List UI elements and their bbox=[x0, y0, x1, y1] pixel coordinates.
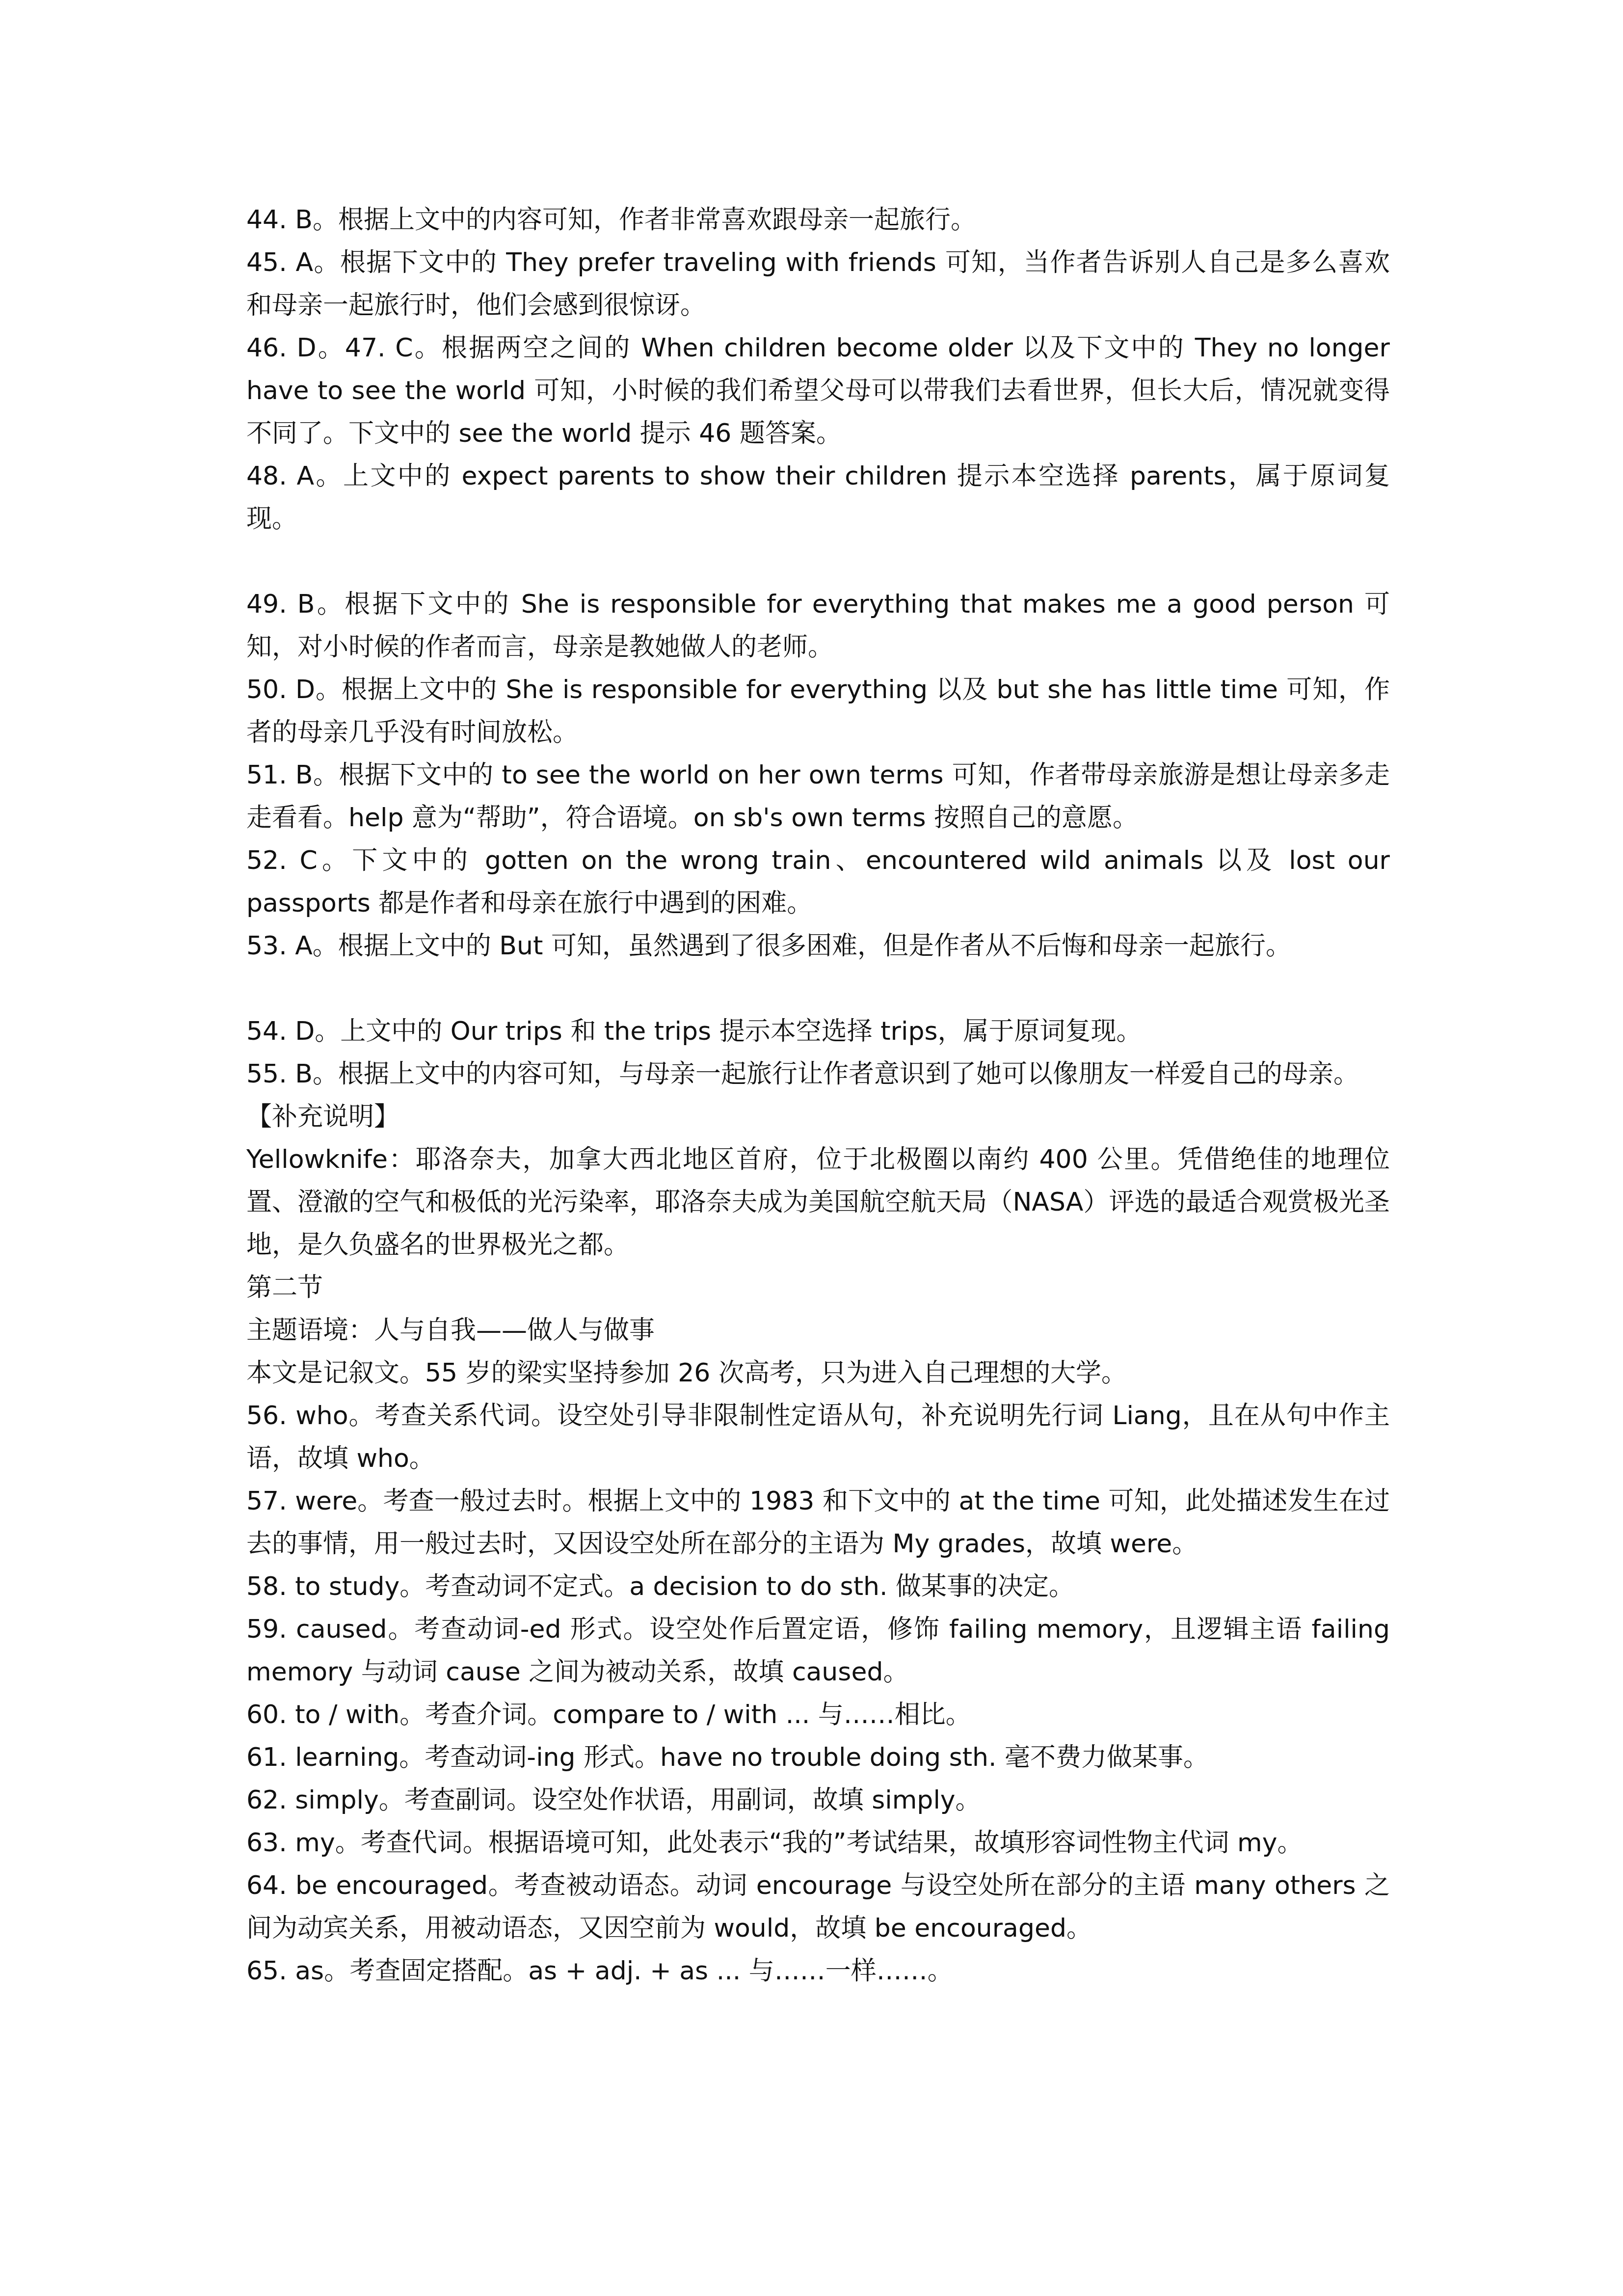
answer-53: 53. A。根据上文中的 But 可知，虽然遇到了很多困难，但是作者从不后悔和母… bbox=[246, 925, 1390, 968]
answer-51: 51. B。根据下文中的 to see the world on her own… bbox=[246, 754, 1390, 839]
answer-52: 52. C。下文中的 gotten on the wrong train、enc… bbox=[246, 839, 1390, 925]
supplement-yellowknife: Yellowknife：耶洛奈夫，加拿大西北地区首府，位于北极圈以南约 400 … bbox=[246, 1138, 1390, 1267]
answer-46-47: 46. D。47. C。根据两空之间的 When children become… bbox=[246, 327, 1390, 455]
answer-60: 60. to / with。考查介词。compare to / with ...… bbox=[246, 1694, 1390, 1736]
theme-context: 主题语境：人与自我——做人与做事 bbox=[246, 1309, 1390, 1352]
answer-63: 63. my。考查代词。根据语境可知，此处表示“我的”考试结果，故填形容词性物主… bbox=[246, 1822, 1390, 1864]
answer-64: 64. be encouraged。考查被动语态。动词 encourage 与设… bbox=[246, 1864, 1390, 1950]
answer-55: 55. B。根据上文中的内容可知，与母亲一起旅行让作者意识到了她可以像朋友一样爱… bbox=[246, 1053, 1390, 1096]
answer-62: 62. simply。考查副词。设空处作状语，用副词，故填 simply。 bbox=[246, 1779, 1390, 1822]
answer-49: 49. B。根据下文中的 She is responsible for ever… bbox=[246, 583, 1390, 669]
answer-59: 59. caused。考查动词-ed 形式。设空处作后置定语，修饰 failin… bbox=[246, 1608, 1390, 1694]
passage-summary: 本文是记叙文。55 岁的梁实坚持参加 26 次高考，只为进入自己理想的大学。 bbox=[246, 1352, 1390, 1395]
document-page: 44. B。根据上文中的内容可知，作者非常喜欢跟母亲一起旅行。 45. A。根据… bbox=[246, 199, 1390, 1993]
supplement-heading: 【补充说明】 bbox=[246, 1096, 1390, 1138]
answer-56: 56. who。考查关系代词。设空处引导非限制性定语从句，补充说明先行词 Lia… bbox=[246, 1395, 1390, 1480]
answer-61: 61. learning。考查动词-ing 形式。have no trouble… bbox=[246, 1736, 1390, 1779]
answer-58: 58. to study。考查动词不定式。a decision to do st… bbox=[246, 1566, 1390, 1608]
answer-50: 50. D。根据上文中的 She is responsible for ever… bbox=[246, 669, 1390, 754]
answer-57: 57. were。考查一般过去时。根据上文中的 1983 和下文中的 at th… bbox=[246, 1480, 1390, 1566]
answer-65: 65. as。考查固定搭配。as + adj. + as ... 与……一样……… bbox=[246, 1950, 1390, 1993]
answer-48: 48. A。上文中的 expect parents to show their … bbox=[246, 455, 1390, 540]
section-two-heading: 第二节 bbox=[246, 1267, 1390, 1309]
answer-45: 45. A。根据下文中的 They prefer traveling with … bbox=[246, 242, 1390, 327]
answer-54: 54. D。上文中的 Our trips 和 the trips 提示本空选择 … bbox=[246, 1010, 1390, 1053]
answer-44: 44. B。根据上文中的内容可知，作者非常喜欢跟母亲一起旅行。 bbox=[246, 199, 1390, 242]
